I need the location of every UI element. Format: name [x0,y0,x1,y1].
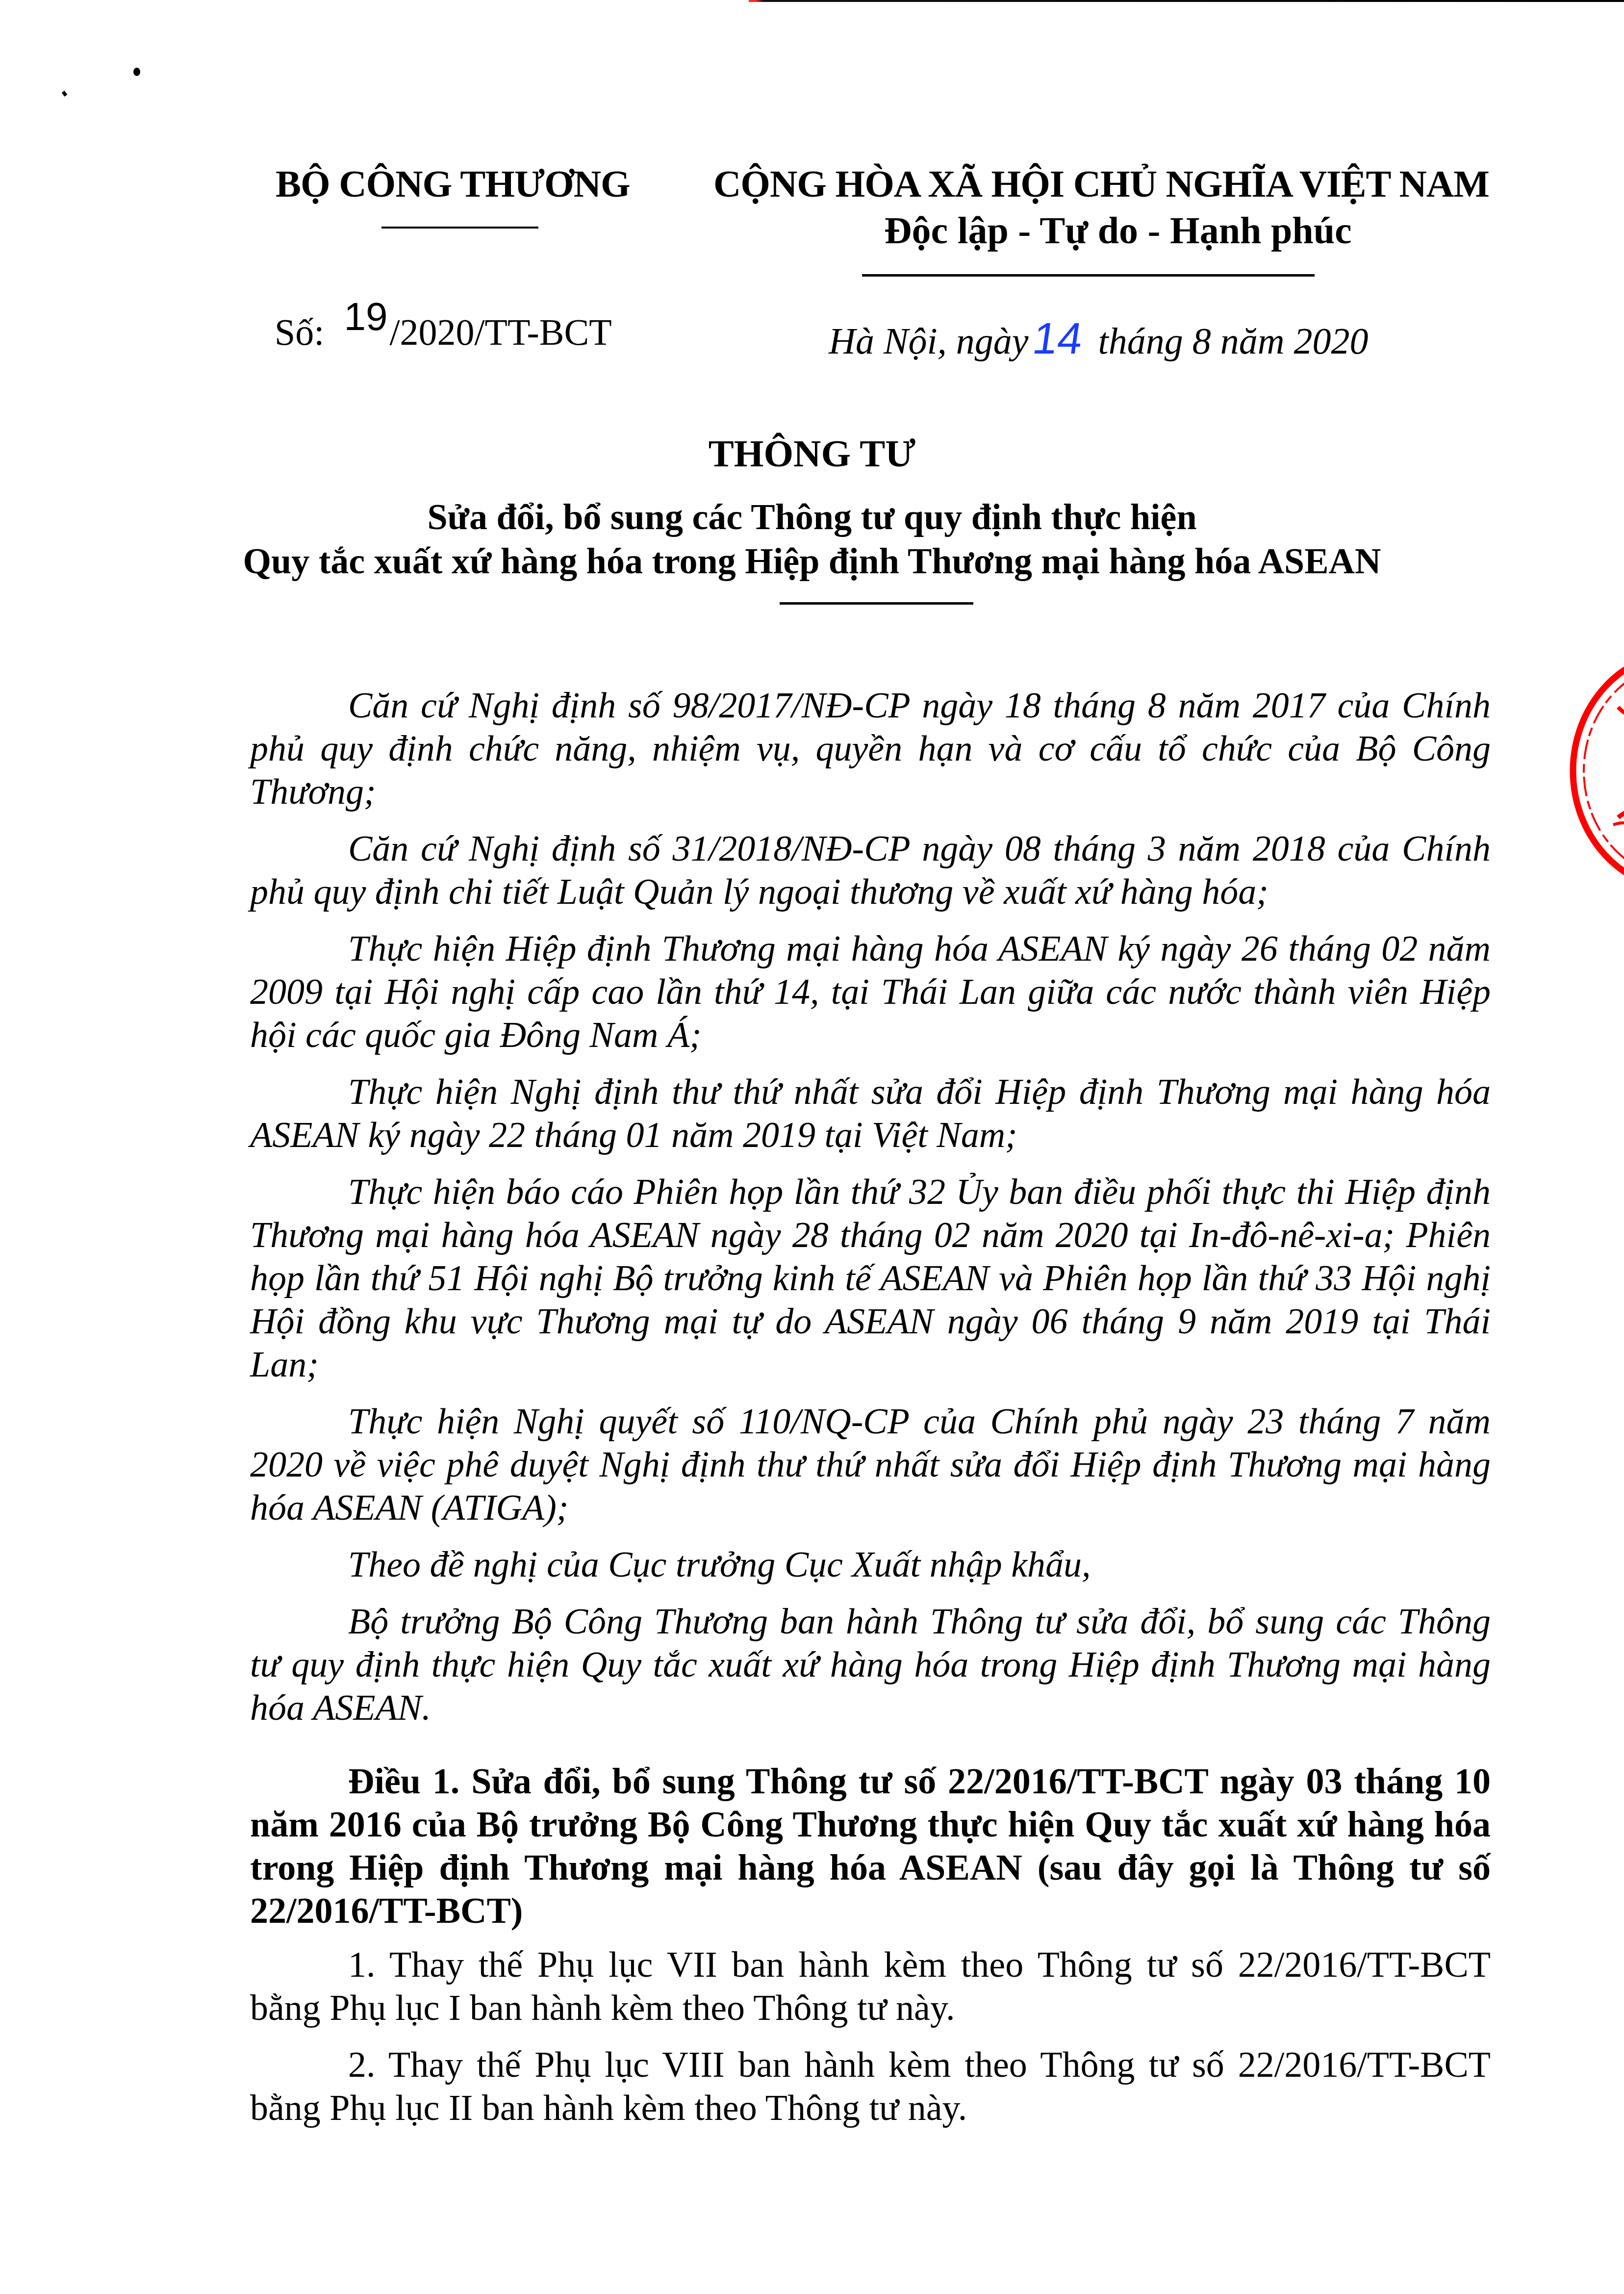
document-number-suffix: /2020/TT-BCT [389,312,611,353]
subject-underline [780,602,973,605]
handwritten-day: 14 [1030,314,1086,364]
national-motto: Độc lập - Tự do - Hạnh phúc [731,208,1505,253]
subject-line-1: Sửa đổi, bổ sung các Thông tư quy định t… [0,495,1624,539]
document-number-label: Số: [275,312,324,353]
national-motto-underline [862,274,1315,277]
document-number-handwritten: 19 [344,295,387,338]
issuing-body-underline [381,227,538,229]
preamble-paragraph: Thực hiện Hiệp định Thương mại hàng hóa … [250,927,1491,1057]
scan-speck [62,91,67,97]
document-body: Căn cứ Nghị định số 98/2017/NĐ-CP ngày 1… [250,684,1491,2143]
preamble-paragraph: Theo đề nghị của Cục trưởng Cục Xuất nhậ… [250,1543,1491,1586]
document-number: Số:19/2020/TT-BCT [275,309,612,354]
scan-top-edge-line [749,0,1624,2]
subject-line-2: Quy tắc xuất xứ hàng hóa trong Hiệp định… [0,539,1624,584]
place-date-suffix: tháng 8 năm 2020 [1098,321,1369,362]
article-1-heading: Điều 1. Sửa đổi, bổ sung Thông tư số 22/… [250,1760,1491,1933]
preamble-paragraph: Thực hiện báo cáo Phiên họp lần thứ 32 Ủ… [250,1171,1491,1386]
document-subject: Sửa đổi, bổ sung các Thông tư quy định t… [0,495,1624,584]
scan-speck [133,68,140,76]
preamble-paragraph: Thực hiện Nghị quyết số 110/NQ-CP của Ch… [250,1400,1491,1529]
preamble-paragraph: Căn cứ Nghị định số 98/2017/NĐ-CP ngày 1… [250,684,1491,814]
preamble-paragraph: Căn cứ Nghị định số 31/2018/NĐ-CP ngày 0… [250,827,1491,914]
national-title: CỘNG HÒA XÃ HỘI CHỦ NGHĨA VIỆT NAM [713,162,1489,206]
place-date-prefix: Hà Nội, ngày [829,321,1028,362]
red-seal-stamp-icon [1564,648,1624,893]
document-type: THÔNG TƯ [0,432,1624,476]
preamble-paragraph: Thực hiện Nghị định thư thứ nhất sửa đổi… [250,1071,1491,1157]
preamble-paragraph: Bộ trưởng Bộ Công Thương ban hành Thông … [250,1600,1491,1730]
article-1-clause: 1. Thay thế Phụ lục VII ban hành kèm the… [250,1943,1491,2030]
place-and-date: Hà Nội, ngày14tháng 8 năm 2020 [829,314,1369,364]
article-1-clause: 2. Thay thế Phụ lục VIII ban hành kèm th… [250,2043,1491,2130]
issuing-body: BỘ CÔNG THƯƠNG [276,162,630,206]
